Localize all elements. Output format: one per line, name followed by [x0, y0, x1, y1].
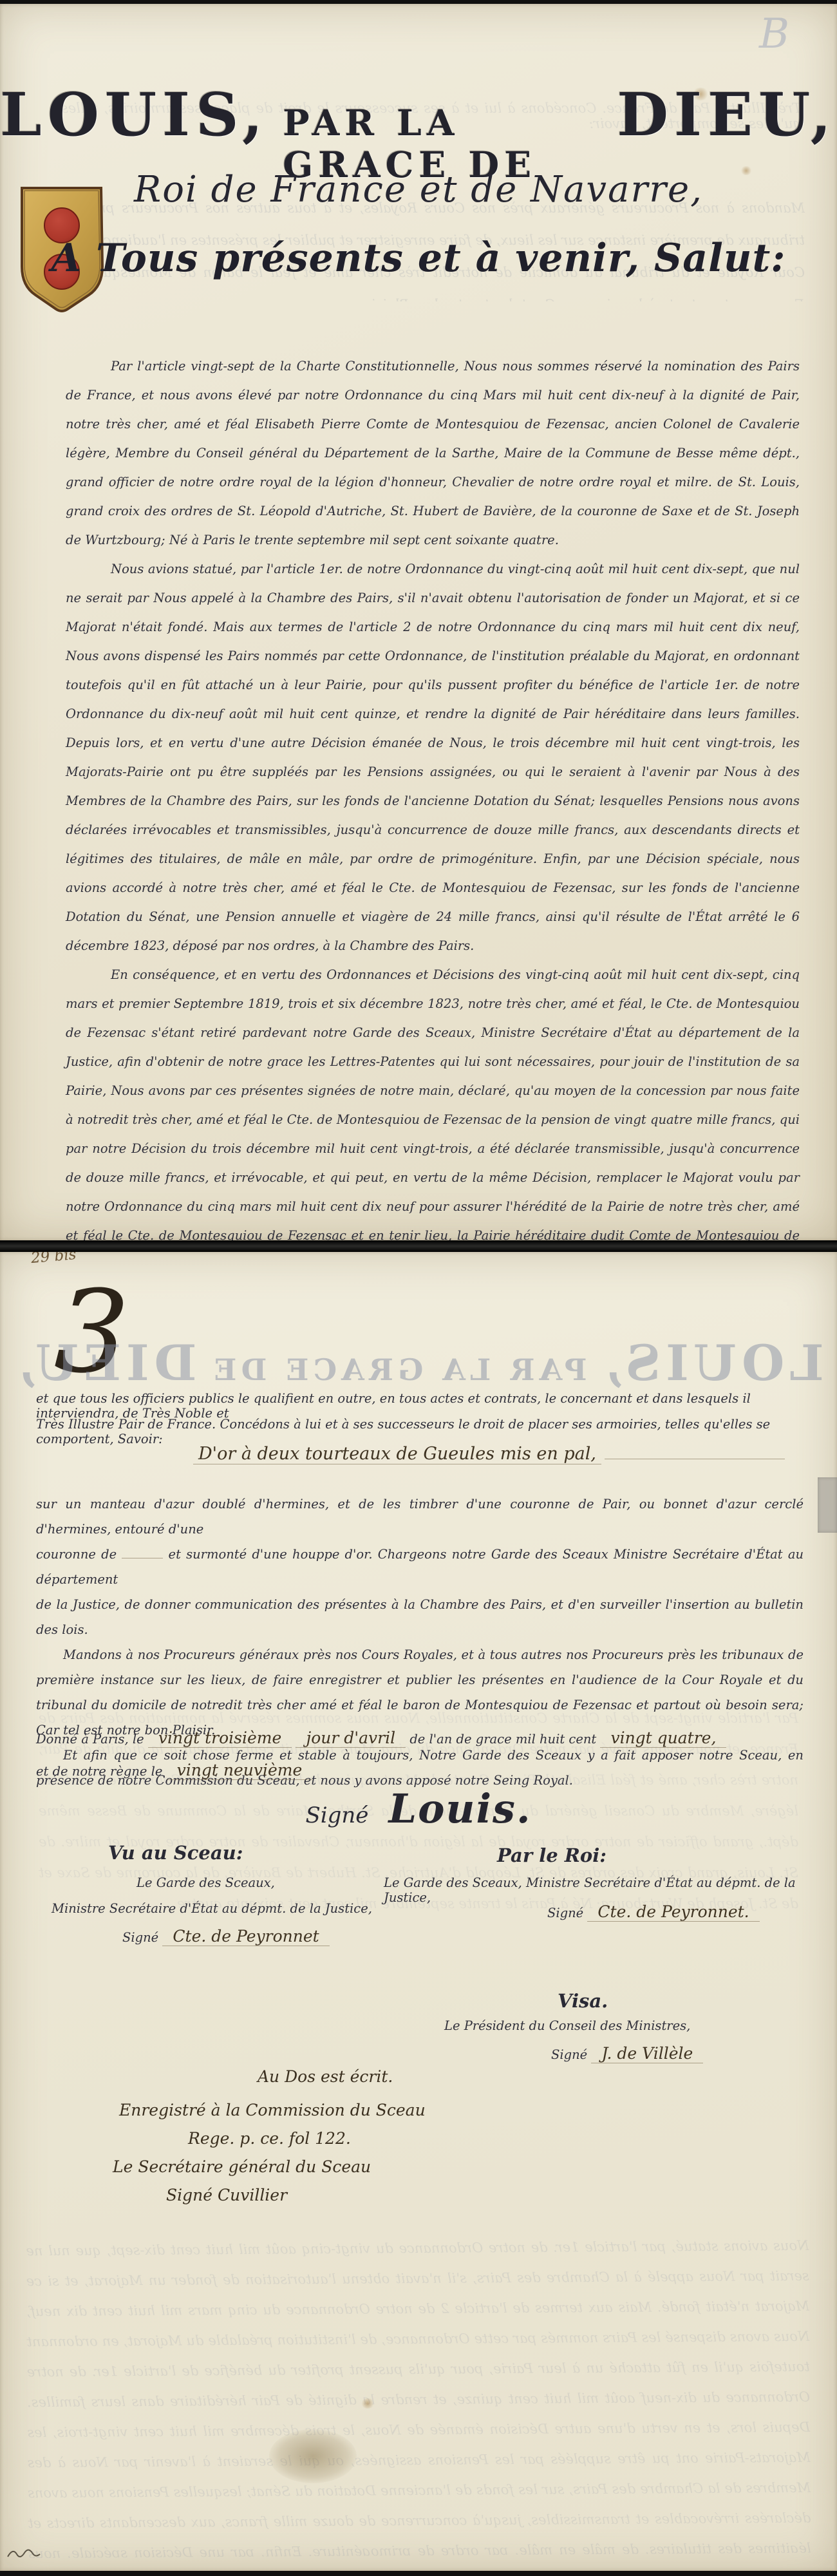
body-paragraph: Nous avions statué, par l'article 1er. d… [66, 554, 800, 960]
par-le-roi-heading: Par le Roi: [497, 1844, 607, 1866]
endorsement-heading: Au Dos est écrit. [258, 2067, 393, 2086]
president-signature: J. de Villèle [591, 2044, 703, 2063]
blank-rule [122, 1546, 163, 1559]
visa-label: Visa. [558, 1990, 608, 2012]
body-text: Par l'article vingt-sept de la Charte Co… [66, 352, 800, 1240]
body-line: Très Illustre Pair de France. Concédons … [36, 1417, 804, 1446]
endorsement-line: Enregistré à la Commission du Sceau [119, 2101, 426, 2119]
reign-year-insert: vingt neuvième [167, 1761, 313, 1780]
seal-col-line: Le Garde des Sceaux, [136, 1875, 275, 1890]
title-word-louis: LOUIS, [0, 80, 268, 149]
signe-label: Signé [305, 1803, 368, 1828]
bleed-title-word: DIEU, [13, 1334, 196, 1392]
roi-col-signature: Signé Cte. de Peyronnet. [547, 1902, 760, 1921]
page-1-sheet: B Mandons à nos Procureurs généraux près… [0, 4, 837, 1240]
body-line: de la Justice, de donner communication d… [36, 1592, 804, 1642]
signe-label: Signé [551, 2047, 587, 2062]
royal-signature-block: Signé Louis. [0, 1785, 837, 1832]
keeper-signature: Cte. de Peyronnet [162, 1927, 329, 1946]
repair-tab [818, 1477, 837, 1533]
date-mid: de l'an de grace mil huit cent [409, 1732, 596, 1747]
blazon-line: D'or à deux tourteaux de Gueules mis en … [193, 1444, 792, 1464]
body-paragraph: En conséquence, et en vertu des Ordonnan… [66, 960, 800, 1240]
bleedthrough-title: LOUIS, PAR LA GRACE DE DIEU, [0, 1334, 837, 1392]
roi-col-line: Le Garde des Sceaux, Ministre Secrétaire… [384, 1875, 809, 1905]
king-signature: Louis. [388, 1785, 531, 1832]
endorsement-line: Le Secrétaire général du Sceau [113, 2157, 371, 2176]
page-2-sheet: 29 bis 3 LOUIS, PAR LA GRACE DE DIEU, et… [0, 1252, 837, 2571]
date-prefix: Donné à Paris, le [36, 1732, 144, 1747]
signe-label: Signé [122, 1930, 158, 1945]
endorsement-folio: Rege. p. ce. fol 122. [188, 2129, 351, 2148]
salutation-line: A Tous présents et à venir, Salut: [0, 236, 837, 281]
page-gap [0, 1240, 837, 1252]
vu-au-sceau-heading: Vu au Sceau: [108, 1842, 243, 1864]
seal-col-line: Ministre Secrétaire d'État au dépmt. de … [52, 1901, 372, 1916]
corner-paraph-mark: B [759, 10, 789, 58]
body-paragraph: Mandons à nos Procureurs généraux près n… [36, 1642, 804, 1743]
date-year-insert: vingt quatre, [600, 1728, 726, 1748]
bleed-title-middle: PAR LA GRACE DE [209, 1352, 587, 1387]
body-line: sur un manteau d'azur doublé d'hermines,… [36, 1492, 804, 1542]
visa-line: Le Président du Conseil des Ministres, [444, 2018, 690, 2033]
body-paragraph: Par l'article vingt-sept de la Charte Co… [66, 352, 800, 554]
date-line: Donné à Paris, le vingt troisième jour d… [36, 1728, 804, 1747]
blank-rule [605, 1448, 785, 1459]
date-month-insert: jour d'avril [296, 1728, 406, 1748]
endorsement-signature: Signé Cuvillier [166, 2186, 287, 2204]
bleed-title-word: LOUIS, [600, 1334, 824, 1392]
seal-col-signature: Signé Cte. de Peyronnet [122, 1927, 330, 1946]
visa-signature: Signé J. de Villèle [551, 2044, 703, 2063]
keeper-signature: Cte. de Peyronnet. [587, 1902, 759, 1922]
blazon-text: D'or à deux tourteaux de Gueules mis en … [193, 1444, 601, 1464]
bleedthrough-text: Nous avions statué, par l'article 1er. d… [26, 2231, 811, 2558]
ink-mark [6, 2545, 41, 2564]
body-line: couronne de et surmonté d'une houppe d'o… [36, 1542, 804, 1592]
ink-stain [269, 2429, 357, 2483]
reign-line: et de notre règne le vingt neuvième [36, 1761, 804, 1779]
signe-label: Signé [547, 1906, 583, 1920]
subtitle-roi-de-france: Roi de France et de Navarre, [0, 169, 837, 211]
reign-prefix: et de notre règne le [36, 1764, 162, 1779]
foxing-spot [361, 2398, 375, 2409]
mantle-fragment: couronne de [36, 1547, 117, 1562]
document-scan: { "palette": { "background": "#101010", … [0, 0, 837, 2576]
date-day-insert: vingt troisième [148, 1728, 292, 1748]
title-word-dieu: DIEU, [617, 80, 837, 149]
